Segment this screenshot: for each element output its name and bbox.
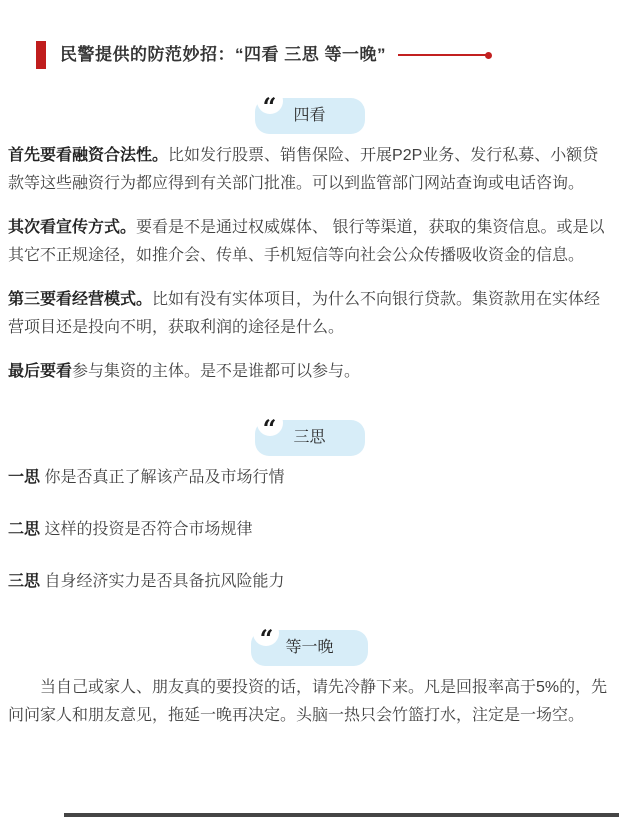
decorative-line — [398, 54, 486, 56]
page-title: 民警提供的防范妙招：“四看 三思 等一晚” — [60, 41, 386, 69]
think-lead: 二思 — [8, 521, 40, 538]
quote-icon: “ — [253, 620, 279, 646]
badge-label: 三思 — [293, 427, 325, 449]
paragraph-text: 参与集资的主体。是不是谁都可以参与。 — [72, 363, 360, 380]
paragraph: 当自己或家人、朋友真的要投资的话，请先冷静下来。凡是回报率高于5%的，先问问家人… — [8, 674, 611, 730]
section-wait-one-night-body: 当自己或家人、朋友真的要投资的话，请先冷静下来。凡是回报率高于5%的，先问问家人… — [0, 674, 619, 730]
paragraph-lead: 第三要看经营模式。 — [8, 291, 152, 308]
paragraph-lead: 首先要看融资合法性。 — [8, 147, 168, 164]
quote-icon: “ — [257, 88, 283, 114]
think-item: 二思 这样的投资是否符合市场规律 — [8, 516, 611, 544]
section-wait-one-night-header: “ 等一晚 — [0, 630, 619, 666]
paragraph: 第三要看经营模式。比如有没有实体项目，为什么不向银行贷款。集资款用在实体经营项目… — [8, 286, 611, 342]
paragraph: 最后要看参与集资的主体。是不是谁都可以参与。 — [8, 358, 611, 386]
section-three-thinks-body: 一思 你是否真正了解该产品及市场行情 二思 这样的投资是否符合市场规律 三思 自… — [0, 464, 619, 596]
paragraph: 首先要看融资合法性。比如发行股票、销售保险、开展P2P业务、发行私募、小额贷款等… — [8, 142, 611, 198]
think-text: 你是否真正了解该产品及市场行情 — [40, 469, 284, 486]
red-bar-accent — [36, 41, 46, 69]
section-four-looks-header: “ 四看 — [0, 98, 619, 134]
paragraph-lead: 其次看宣传方式。 — [8, 219, 136, 236]
think-lead: 三思 — [8, 573, 40, 590]
decorative-dot — [485, 52, 492, 59]
section-three-thinks-header: “ 三思 — [0, 420, 619, 456]
badge-three-thinks: “ 三思 — [255, 420, 365, 456]
think-text: 这样的投资是否符合市场规律 — [40, 521, 252, 538]
badge-label: 等一晚 — [285, 637, 333, 659]
think-text: 自身经济实力是否具备抗风险能力 — [40, 573, 284, 590]
paragraph: 其次看宣传方式。要看是不是通过权威媒体、 银行等渠道，获取的集资信息。或是以其它… — [8, 214, 611, 270]
think-lead: 一思 — [8, 469, 40, 486]
paragraph-text: 当自己或家人、朋友真的要投资的话，请先冷静下来。凡是回报率高于5%的，先问问家人… — [8, 679, 607, 724]
badge-label: 四看 — [293, 105, 325, 127]
bottom-divider — [64, 813, 619, 817]
paragraph-lead: 最后要看 — [8, 363, 72, 380]
section-header: 民警提供的防范妙招：“四看 三思 等一晚” — [36, 40, 583, 70]
badge-wait-one-night: “ 等一晚 — [251, 630, 367, 666]
think-item: 三思 自身经济实力是否具备抗风险能力 — [8, 568, 611, 596]
quote-icon: “ — [257, 410, 283, 436]
article-page: 民警提供的防范妙招：“四看 三思 等一晚” “ 四看 首先要看融资合法性。比如发… — [0, 0, 619, 817]
section-four-looks-body: 首先要看融资合法性。比如发行股票、销售保险、开展P2P业务、发行私募、小额贷款等… — [0, 142, 619, 386]
badge-four-looks: “ 四看 — [255, 98, 365, 134]
think-item: 一思 你是否真正了解该产品及市场行情 — [8, 464, 611, 492]
